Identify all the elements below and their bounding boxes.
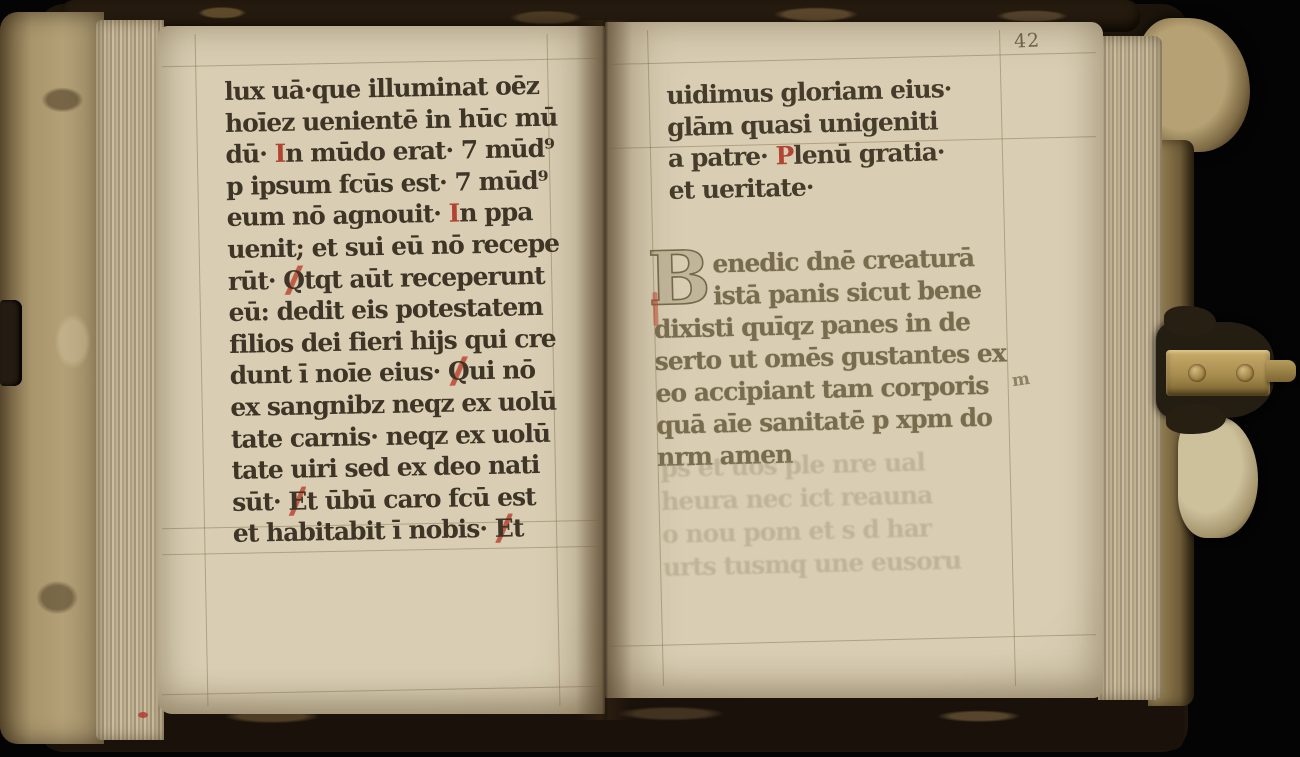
vellum-tab bbox=[1178, 416, 1258, 538]
text-segment: ui nō bbox=[469, 355, 536, 385]
text-segment: sūt· bbox=[232, 487, 289, 517]
manuscript-line: et habitabit ī nobis· Et bbox=[232, 512, 565, 550]
manuscript-photo: lux uā·que illuminat oēzhoīez uenientē i… bbox=[0, 0, 1300, 757]
gutter-shadow bbox=[576, 20, 632, 720]
rubricated-letter: I bbox=[274, 139, 285, 168]
text-segment: tate carnis· neqz ex uolū bbox=[231, 418, 551, 453]
red-edge-mark bbox=[138, 712, 148, 718]
text-segment: Q bbox=[448, 357, 469, 386]
page-stack-right bbox=[1098, 36, 1162, 700]
text-segment: ex sangnibz neqz ex uolū bbox=[230, 387, 556, 422]
text-segment: eum nō agnouit· bbox=[226, 199, 448, 232]
text-segment: E bbox=[288, 486, 307, 515]
text-segment: lenū gratia· bbox=[793, 137, 945, 170]
text-segment: tqt aūt receperunt bbox=[304, 260, 545, 294]
text-segment: rūt· bbox=[228, 265, 284, 295]
folio-number: 42 bbox=[1013, 29, 1040, 52]
text-segment: o nou pom et s d har bbox=[662, 513, 932, 549]
left-page-text: lux uā·que illuminat oēzhoīez uenientē i… bbox=[224, 70, 565, 550]
clasp-bar bbox=[1166, 350, 1270, 396]
text-segment: n ppa bbox=[459, 197, 533, 227]
text-segment: uidimus gloriam eius· bbox=[666, 74, 952, 110]
text-segment: t bbox=[513, 514, 524, 543]
text-segment: et ueritate· bbox=[668, 172, 813, 205]
text-segment: enedic dnē creaturā bbox=[712, 243, 974, 278]
text-segment: Q bbox=[283, 265, 304, 294]
text-segment: hoīez uenientē in hūc mū bbox=[225, 102, 558, 137]
text-segment: eū: dedit eis potestatem bbox=[228, 292, 543, 327]
text-segment: dunt ī noīe eius· bbox=[229, 357, 448, 390]
text-segment: p ipsum fcūs est· 7 mūd⁹ bbox=[226, 166, 548, 201]
ghost-offset-text: ps et uos ple nre ualheura nec ict reaun… bbox=[660, 445, 961, 584]
right-page-paragraph-1: uidimus gloriam eius·glām quasi unigenit… bbox=[666, 73, 954, 206]
text-segment: ps et uos ple nre ual bbox=[660, 448, 925, 483]
page-stack-left bbox=[96, 20, 164, 740]
text-segment: a patre· bbox=[668, 142, 776, 174]
text-segment: urts tusmq une eusoru bbox=[662, 546, 961, 582]
text-segment: heura nec ict reauna bbox=[661, 480, 933, 516]
text-segment: n mūdo erat· 7 mūd⁹ bbox=[285, 134, 554, 168]
text-segment: tate uiri sed ex deo nati bbox=[231, 450, 539, 485]
text-segment: glām quasi unigeniti bbox=[667, 106, 938, 142]
clasp-catch bbox=[0, 300, 22, 386]
text-segment: lux uā·que illuminat oēz bbox=[224, 71, 539, 106]
text-segment: quā aīe sanitatē p xpm do bbox=[656, 403, 992, 440]
text-segment: dū· bbox=[225, 139, 275, 169]
text-segment: et habitabit ī nobis· bbox=[233, 514, 496, 548]
text-segment: t ūbū caro fcū est bbox=[306, 482, 536, 515]
text-segment: filios dei fieri hijs qui cre bbox=[229, 323, 556, 358]
clasp-hook bbox=[1266, 360, 1296, 382]
text-segment: E bbox=[494, 514, 513, 543]
clasp-rivet bbox=[1236, 364, 1254, 382]
rubricated-letter: P bbox=[775, 141, 794, 170]
rubricated-letter: I bbox=[448, 199, 459, 228]
margin-note: m bbox=[1011, 369, 1032, 391]
text-segment: uenit; et sui eū nō recepe bbox=[227, 229, 559, 264]
clasp-rivet bbox=[1188, 364, 1206, 382]
text-segment: istā panis sicut bene bbox=[713, 275, 981, 311]
right-page-paragraph-2: enedic dnē creaturāistā panis sicut bene… bbox=[652, 241, 1008, 474]
